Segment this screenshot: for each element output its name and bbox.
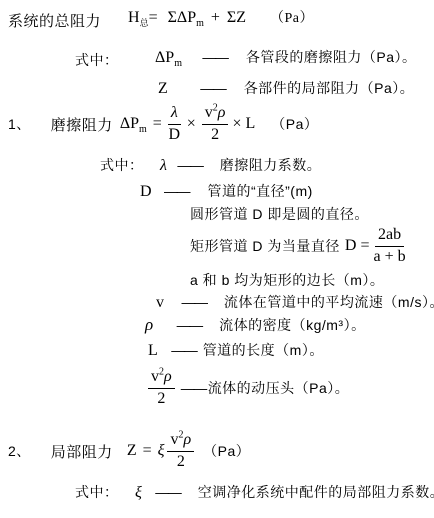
def-dpm-symbol-text: ΔP [155, 49, 174, 66]
section2-number: 2、 [8, 443, 31, 460]
def-dpm-desc: 各管段的磨擦阻力（Pa）。 [246, 49, 417, 65]
rho-desc: 流体的密度（kg/m³）。 [219, 317, 366, 333]
formula-unit: （Pa） [270, 11, 314, 26]
def-dpm-dash: —— [202, 49, 227, 65]
document-page: 系统的总阻力 H总=ΣΔPm+ΣZ（Pa） 式中： ΔPm —— 各管段的磨擦阻… [0, 0, 434, 518]
d-dash: —— [164, 183, 189, 199]
sec2-where-xi: 式中： ξ —— 空调净化系统中配件的局部阻力系数。 [75, 484, 434, 502]
round-duct-note: 圆形管道 D 即是圆的直径。 [190, 206, 369, 223]
intro-where-label: 式中： [75, 52, 119, 69]
xi-dash: —— [155, 484, 180, 500]
dyn-desc: 流体的动压头（Pa）。 [208, 380, 350, 397]
formula-h-subscript: 总 [140, 18, 149, 28]
local-unit: （Pa） [203, 443, 250, 460]
xi-desc: 空调净化系统中配件的局部阻力系数。 [198, 484, 434, 500]
friction-times-1: × [187, 115, 196, 133]
friction-lhs-sub: m [139, 124, 147, 135]
sec1-where-label: 式中： [100, 157, 144, 173]
formula-sum-z: ΣZ [227, 9, 246, 26]
friction-length: L [246, 115, 256, 133]
rect-duct-lhs: D = [345, 237, 370, 255]
rect-frac-denominator: a + b [373, 247, 405, 266]
dyn-num: v2ρ [148, 368, 175, 388]
rho-dash: —— [177, 317, 202, 333]
dynamic-head-fraction: v2ρ2 [148, 368, 175, 408]
local-resistance-formula-line: 2、 局部阻力 Z = ξ v2ρ2 （Pa） [8, 428, 250, 474]
l-symbol: L [148, 342, 158, 359]
rect-frac-numerator: 2ab [375, 226, 404, 246]
rho-symbol: ρ [145, 315, 153, 334]
frac-numerator-lambda: λ [168, 104, 181, 124]
def-z-dash: —— [200, 80, 225, 96]
d-desc: 管道的“直径”(m) [207, 183, 312, 199]
dyn-den: 2 [157, 389, 165, 408]
frac-numerator-v2rho: v2ρ [202, 104, 229, 124]
friction-lhs: ΔPm [120, 115, 147, 133]
rect-duct-fraction: 2aba + b [373, 226, 405, 266]
sec1-def-l: L —— 管道的长度（m）。 [148, 342, 324, 360]
local-xi: ξ [158, 442, 165, 460]
rect-duct-note: 矩形管道 D 为当量直径 D = 2aba + b [190, 227, 406, 265]
sec1-where-lambda: 式中： λ —— 磨擦阻力系数。 [100, 157, 321, 175]
friction-equals: = [153, 115, 162, 133]
total-resistance-formula: H总=ΣΔPm+ΣZ（Pa） [128, 9, 314, 28]
friction-frac-dynamic: v2ρ2 [202, 104, 229, 144]
def-dpm-symbol: ΔPm [155, 49, 182, 66]
def-z-desc: 各部件的局部阻力（Pa）。 [244, 80, 415, 96]
v-desc: 流体在管道中的平均流速（m/s）。 [224, 294, 434, 310]
d-symbol: D [140, 183, 152, 200]
formula-equals: = [149, 9, 158, 26]
local-lhs: Z [127, 442, 137, 460]
formula-h: H [128, 9, 140, 26]
dyn-num-v: v [151, 368, 159, 385]
lambda-desc: 磨擦阻力系数。 [220, 157, 322, 173]
friction-unit: （Pa） [271, 116, 318, 133]
rect-duct-text: 矩形管道 D 为当量直径 [190, 238, 340, 255]
intro-def-dpm: ΔPm —— 各管段的磨擦阻力（Pa）。 [155, 49, 417, 67]
ab-sides-note: a 和 b 均为矩形的边长（m）。 [190, 272, 384, 290]
local-num-rho: ρ [183, 431, 191, 448]
friction-frac-lambda-d: λD [168, 104, 181, 144]
sec1-def-rho: ρ —— 流体的密度（kg/m³）。 [145, 315, 366, 335]
local-frac-dynamic: v2ρ2 [167, 431, 194, 471]
sec1-def-d: D —— 管道的“直径”(m) [140, 183, 313, 201]
frac-denominator-2: 2 [211, 125, 219, 144]
num-v: v [205, 104, 213, 121]
def-z-symbol: Z [158, 80, 168, 97]
num-rho: ρ [218, 104, 226, 121]
section2-title: 局部阻力 [51, 441, 113, 462]
friction-lhs-text: ΔP [120, 115, 139, 132]
formula-sum-dp: ΣΔP [168, 9, 197, 26]
local-num: v2ρ [167, 431, 194, 451]
intro-def-z: Z —— 各部件的局部阻力（Pa）。 [158, 80, 414, 98]
l-desc: 管道的长度（m）。 [203, 342, 324, 358]
section1-number: 1、 [8, 116, 31, 133]
page-title: 系统的总阻力 [8, 10, 101, 31]
local-den: 2 [177, 452, 185, 471]
lambda-dash: —— [177, 157, 202, 173]
ab-sides-text: a 和 b 均为矩形的边长（m）。 [190, 272, 384, 288]
lambda-symbol: λ [160, 157, 167, 174]
friction-formula-line: 1、 磨擦阻力 ΔPm = λD × v2ρ2 × L （Pa） [8, 101, 318, 147]
sec1-def-v: v —— 流体在管道中的平均流速（m/s）。 [156, 294, 434, 312]
formula-sum-dp-sub: m [196, 18, 204, 29]
section1-title: 磨擦阻力 [51, 114, 113, 135]
l-dash: —— [171, 342, 196, 358]
v-dash: —— [181, 294, 206, 310]
def-dpm-symbol-sub: m [174, 58, 182, 69]
frac-denominator-d: D [169, 125, 181, 144]
xi-symbol: ξ [135, 484, 142, 501]
sec2-where-label: 式中： [75, 484, 119, 500]
dyn-dash: —— [181, 380, 206, 396]
v-symbol: v [156, 294, 164, 311]
formula-plus: + [211, 9, 220, 26]
friction-times-2: × [232, 115, 241, 133]
sec1-def-dynamic-head: v2ρ2 —— 流体的动压头（Pa）。 [148, 364, 349, 412]
local-equals: = [143, 442, 152, 460]
dyn-num-rho: ρ [164, 368, 172, 385]
